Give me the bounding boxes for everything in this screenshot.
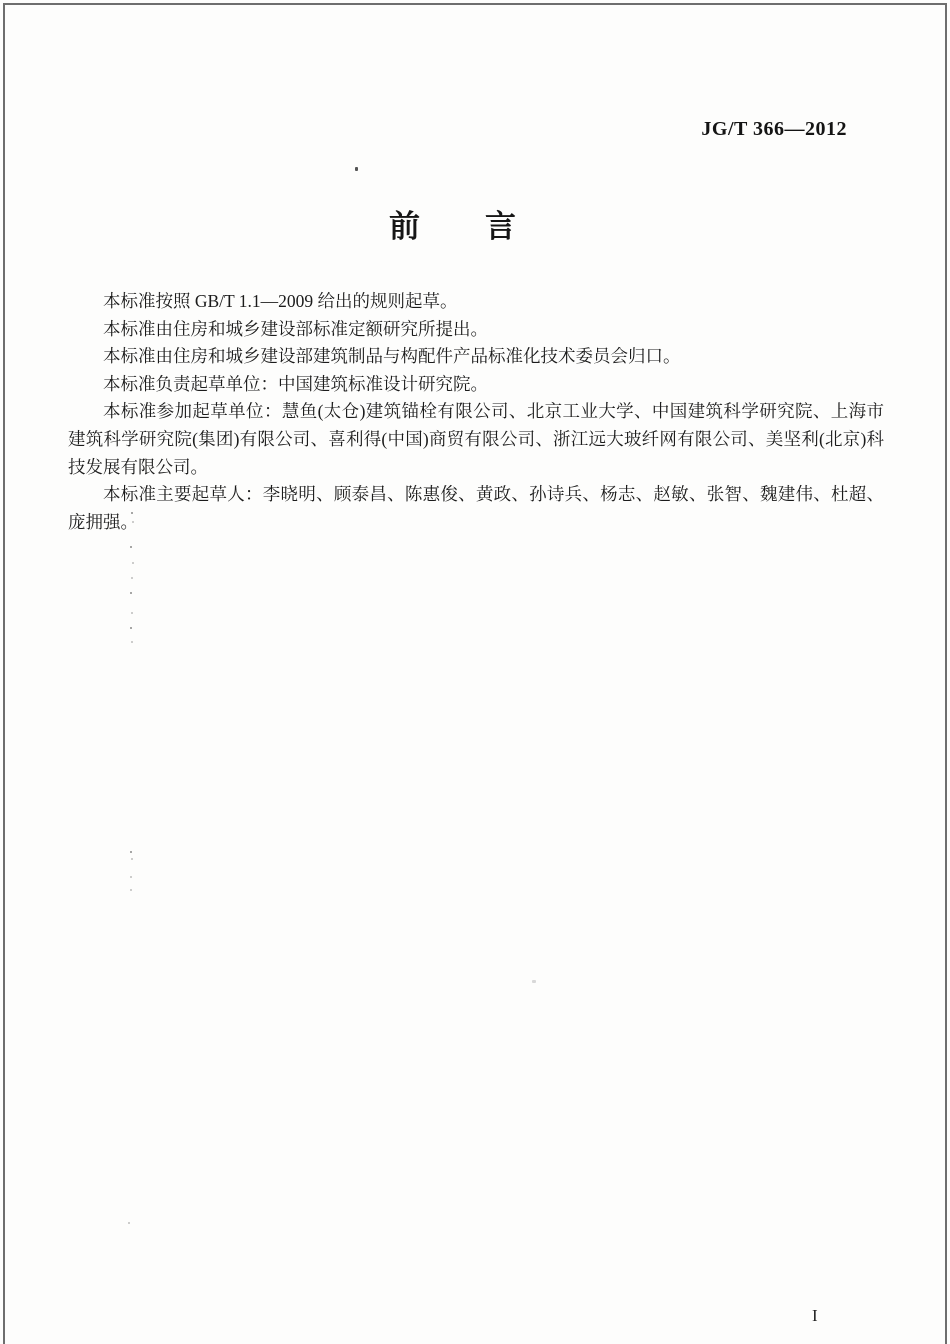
scan-artifact [355,167,358,171]
scan-artifact [128,1222,130,1224]
scan-artifact [131,512,133,514]
scan-artifact [132,521,134,523]
paragraph-basis: 本标准按照 GB/T 1.1—2009 给出的规则起草。 [68,288,884,316]
scan-artifact [130,592,132,594]
scan-artifact [132,562,134,564]
paragraph-proposed-by: 本标准由住房和城乡建设部标准定额研究所提出。 [68,316,884,344]
scan-artifact [131,858,133,860]
scan-artifact [130,876,132,878]
paragraph-chief-drafters: 本标准主要起草人：李晓明、顾泰昌、陈惠俊、黄政、孙诗兵、杨志、赵敏、张智、魏建伟… [68,481,884,536]
scan-artifact [131,641,133,643]
paragraph-participating-units: 本标准参加起草单位：慧鱼(太仓)建筑锚栓有限公司、北京工业大学、中国建筑科学研究… [68,398,884,481]
paragraph-centralized-by: 本标准由住房和城乡建设部建筑制品与构配件产品标准化技术委员会归口。 [68,343,884,371]
foreword-body: 本标准按照 GB/T 1.1—2009 给出的规则起草。 本标准由住房和城乡建设… [68,288,884,536]
page-number: I [812,1306,818,1326]
scan-artifact [131,577,133,579]
scan-artifact [131,612,133,614]
scan-artifact [130,851,132,853]
document-page: JG/T 366—2012 前 言 本标准按照 GB/T 1.1—2009 给出… [0,0,950,1344]
paragraph-chief-drafting-unit: 本标准负责起草单位：中国建筑标准设计研究院。 [68,371,884,399]
page-title: 前 言 [0,201,928,246]
scan-artifact [130,889,132,891]
scan-artifact [130,627,132,629]
standard-code-header: JG/T 366—2012 [701,118,847,141]
scan-artifact [532,980,536,983]
scan-artifact [130,546,132,548]
